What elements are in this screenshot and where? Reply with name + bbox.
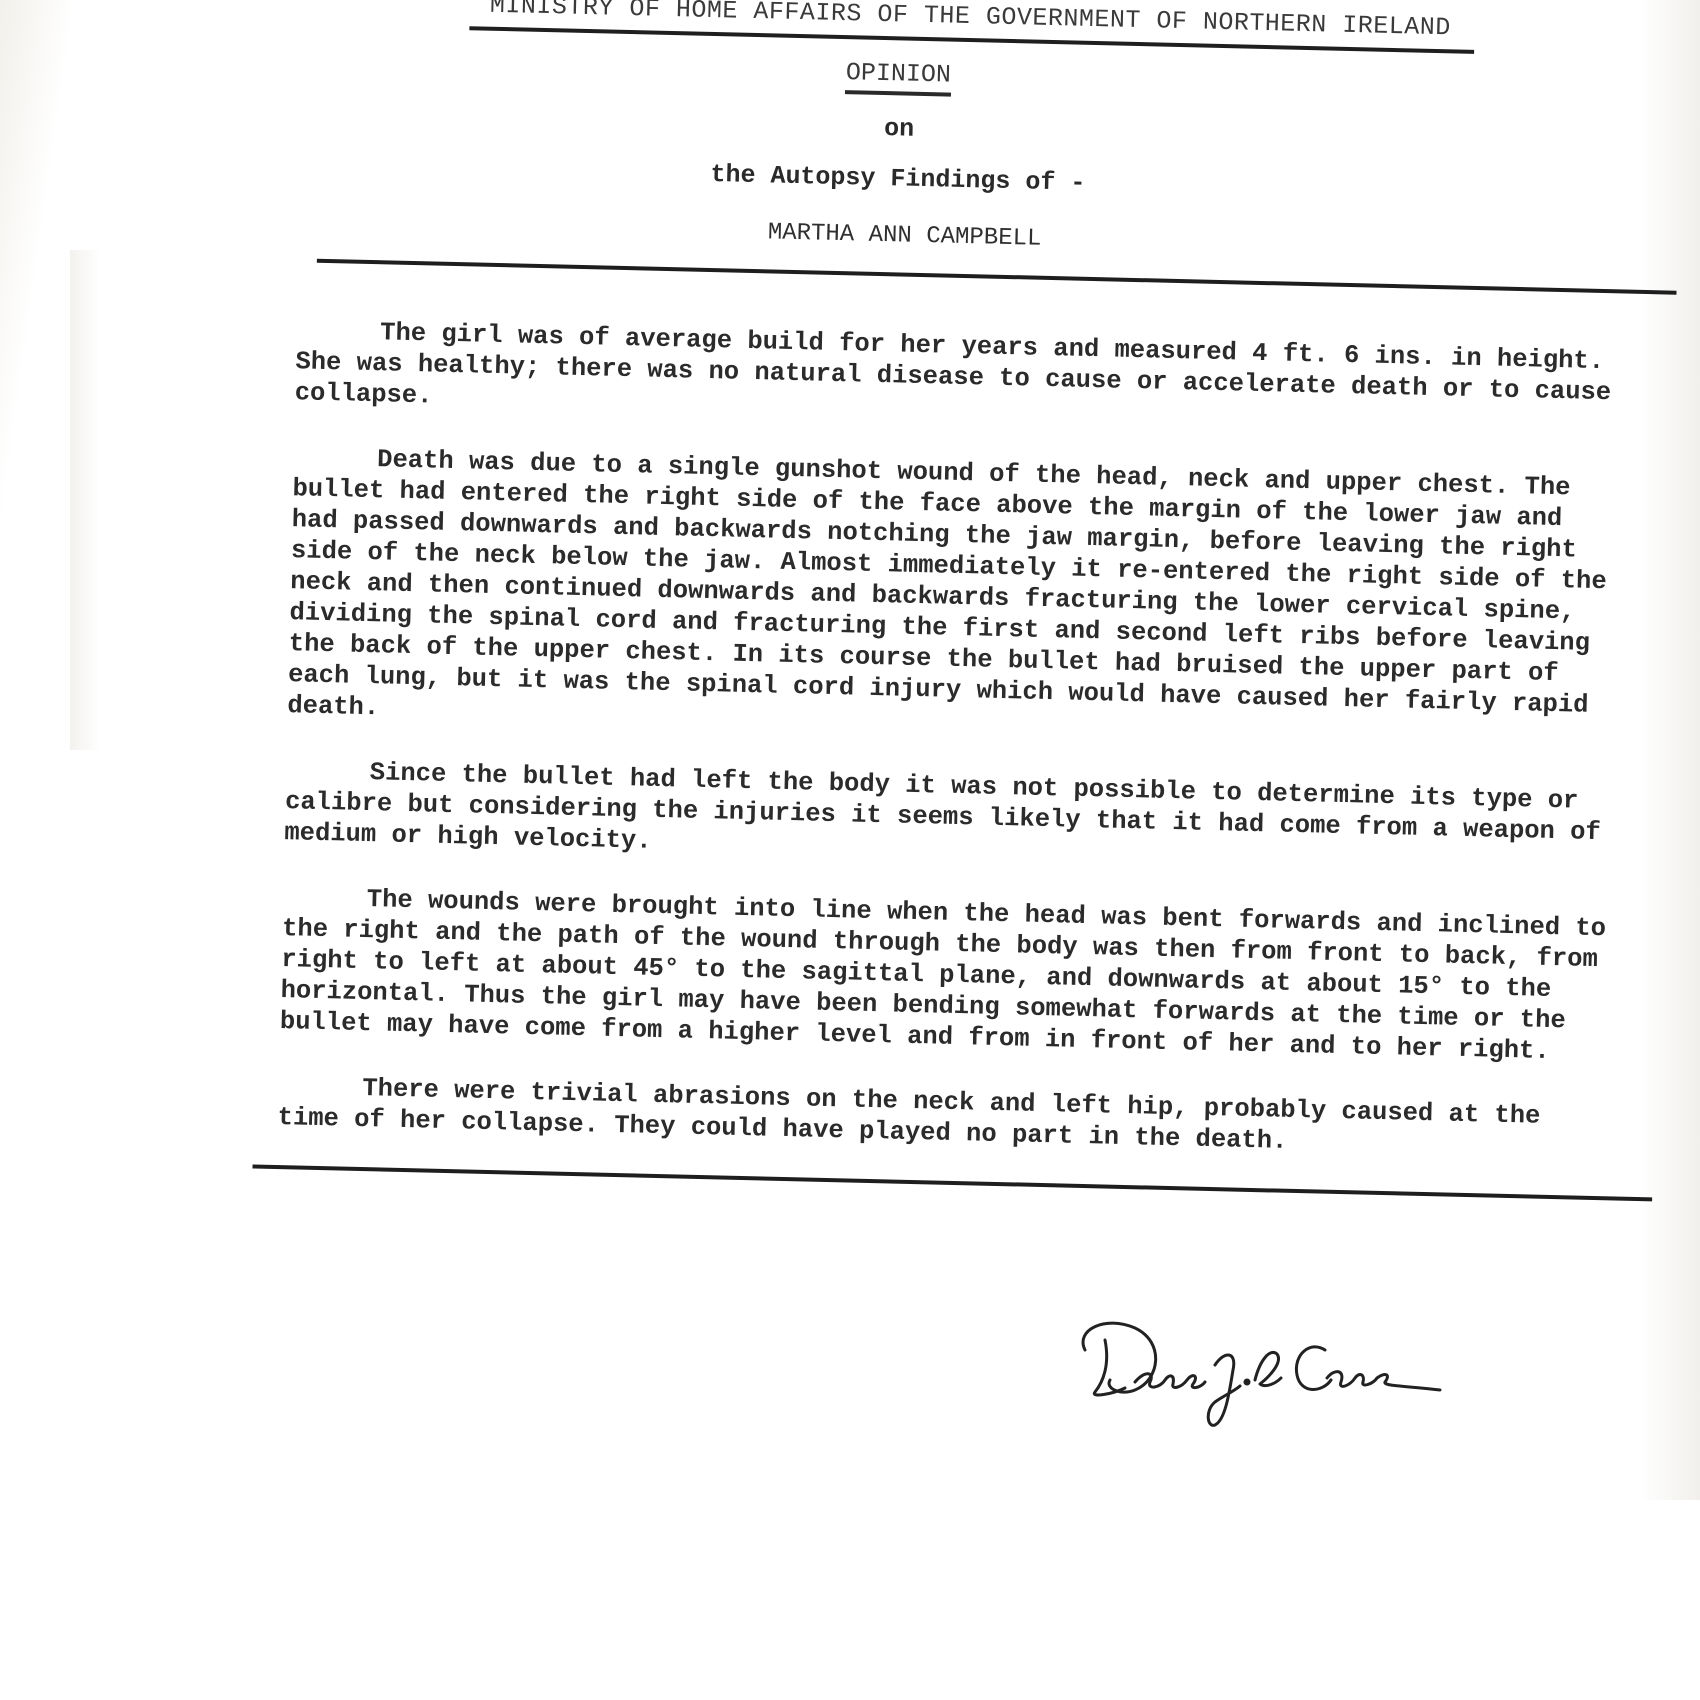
paper-fold-shade: [70, 250, 100, 750]
document-page: MINISTRY OF HOME AFFAIRS OF THE GOVERNME…: [256, 0, 1690, 1483]
paragraph-bullet-velocity: Since the bullet had left the body it wa…: [284, 755, 1616, 879]
scanned-page: MINISTRY OF HOME AFFAIRS OF THE GOVERNME…: [0, 0, 1700, 1700]
signature: [1065, 1310, 1465, 1440]
subject-name: MARTHA ANN CAMPBELL: [304, 208, 1504, 263]
document-title-text: OPINION: [845, 58, 951, 96]
body-text: The girl was of average build for her ye…: [277, 315, 1627, 1198]
top-divider: [317, 259, 1677, 295]
subtitle-findings: the Autopsy Findings of -: [298, 150, 1498, 207]
paper-edge-shadow: [0, 0, 79, 1264]
paragraph-cause-of-death: Death was due to a single gunshot wound …: [287, 442, 1623, 752]
document-title: OPINION: [298, 45, 1498, 102]
paragraph-abrasions: There were trivial abrasions on the neck…: [277, 1071, 1608, 1164]
paragraph-wound-path: The wounds were brought into line when t…: [280, 882, 1613, 1068]
subtitle-on: on: [299, 100, 1499, 157]
department-header: MINISTRY OF HOME AFFAIRS OF THE GOVERNME…: [490, 0, 1452, 42]
paragraph-build: The girl was of average build for her ye…: [294, 315, 1626, 439]
